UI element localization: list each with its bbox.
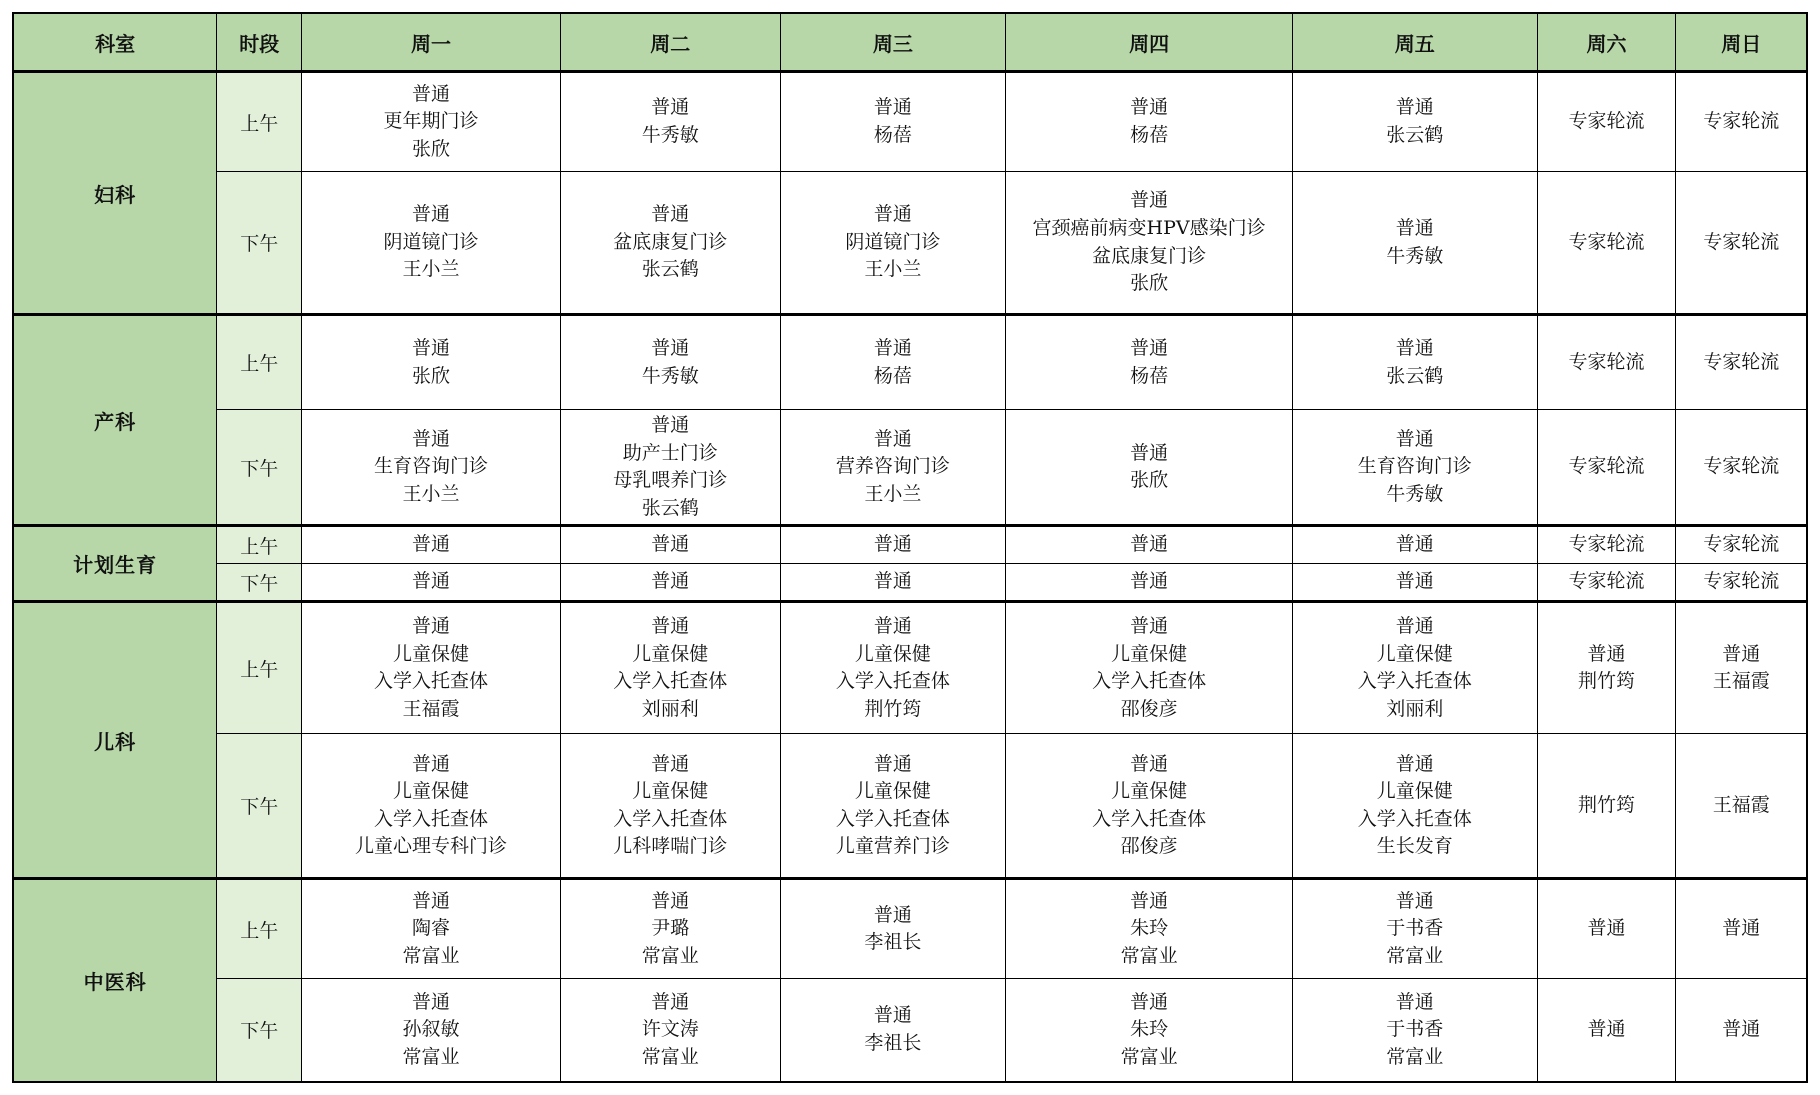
schedule-line: 专家轮流 [1680,531,1802,559]
schedule-line: 张云鹤 [565,495,776,523]
schedule-line: 荆竹筠 [785,696,1002,724]
schedule-line: 常富业 [306,1044,556,1072]
schedule-line: 常富业 [1297,943,1533,971]
schedule-line: 普通 [1297,335,1533,363]
schedule-cell: 普通于书香常富业 [1292,979,1537,1082]
schedule-row: 产科上午普通张欣普通牛秀敏普通杨蓓普通杨蓓普通张云鹤专家轮流专家轮流 [13,315,1807,410]
schedule-line: 普通 [1010,531,1288,559]
schedule-line: 普通 [565,531,776,559]
schedule-line: 普通 [306,989,556,1017]
schedule-cell: 普通于书香常富业 [1292,879,1537,979]
schedule-line: 普通 [1297,613,1533,641]
schedule-line: 王小兰 [785,256,1002,284]
schedule-cell: 专家轮流 [1537,564,1676,602]
schedule-cell: 普通儿童保健入学入托查体刘丽利 [1292,602,1537,734]
schedule-line: 荆竹筠 [1542,668,1672,696]
schedule-line: 普通 [785,613,1002,641]
schedule-line: 入学入托查体 [1010,668,1288,696]
schedule-line: 盆底康复门诊 [565,229,776,257]
schedule-line: 普通 [785,1002,1002,1030]
schedule-line: 孙叙敏 [306,1016,556,1044]
schedule-cell: 普通 [1006,526,1293,564]
schedule-cell: 专家轮流 [1676,72,1807,172]
schedule-line: 牛秀敏 [565,122,776,150]
schedule-line: 张云鹤 [1297,363,1533,391]
schedule-line: 普通 [1297,568,1533,596]
schedule-line: 阴道镜门诊 [306,229,556,257]
schedule-line: 普通 [565,751,776,779]
schedule-cell: 普通 [780,526,1006,564]
schedule-line: 入学入托查体 [565,806,776,834]
schedule-cell: 普通 [780,564,1006,602]
schedule-row: 下午普通普通普通普通普通专家轮流专家轮流 [13,564,1807,602]
schedule-cell: 王福霞 [1676,734,1807,879]
schedule-cell: 普通 [560,526,780,564]
schedule-line: 营养咨询门诊 [785,453,1002,481]
period-cell: 下午 [217,172,302,315]
schedule-line: 普通 [306,426,556,454]
col-header-thursday: 周四 [1006,13,1293,72]
schedule-line: 王小兰 [306,481,556,509]
schedule-line: 普通 [785,335,1002,363]
schedule-cell: 普通 [1537,879,1676,979]
schedule-row: 计划生育上午普通普通普通普通普通专家轮流专家轮流 [13,526,1807,564]
schedule-line: 普通 [306,568,556,596]
schedule-line: 专家轮流 [1680,349,1802,377]
schedule-line: 入学入托查体 [306,806,556,834]
schedule-line: 邵俊彦 [1010,696,1288,724]
schedule-cell: 普通宫颈癌前病变HPV感染门诊盆底康复门诊张欣 [1006,172,1293,315]
schedule-cell: 普通 [1676,879,1807,979]
schedule-cell: 普通 [1676,979,1807,1082]
schedule-line: 普通 [1297,426,1533,454]
schedule-line: 专家轮流 [1542,349,1672,377]
schedule-cell: 专家轮流 [1676,172,1807,315]
schedule-line: 普通 [1010,335,1288,363]
col-header-wednesday: 周三 [780,13,1006,72]
department-cell: 产科 [13,315,217,526]
schedule-cell: 普通儿童保健入学入托查体王福霞 [302,602,561,734]
schedule-cell: 普通儿童保健入学入托查体邵俊彦 [1006,734,1293,879]
schedule-line: 普通 [306,201,556,229]
schedule-cell: 普通许文涛常富业 [560,979,780,1082]
schedule-line: 朱玲 [1010,1016,1288,1044]
schedule-row: 下午普通孙叙敏常富业普通许文涛常富业普通李祖长普通朱玲常富业普通于书香常富业普通… [13,979,1807,1082]
schedule-cell: 普通荆竹筠 [1537,602,1676,734]
schedule-line: 入学入托查体 [1297,806,1533,834]
schedule-cell: 专家轮流 [1676,564,1807,602]
schedule-line: 儿童营养门诊 [785,833,1002,861]
schedule-line: 普通 [1010,94,1288,122]
period-cell: 上午 [217,526,302,564]
schedule-line: 常富业 [1010,943,1288,971]
col-header-department: 科室 [13,13,217,72]
schedule-line: 宫颈癌前病变HPV感染门诊 [1010,215,1288,243]
schedule-line: 生育咨询门诊 [1297,453,1533,481]
department-cell: 妇科 [13,72,217,315]
schedule-cell: 普通儿童保健入学入托查体刘丽利 [560,602,780,734]
schedule-line: 普通 [1297,751,1533,779]
col-header-friday: 周五 [1292,13,1537,72]
period-cell: 上午 [217,315,302,410]
schedule-row: 下午普通儿童保健入学入托查体儿童心理专科门诊普通儿童保健入学入托查体儿科哮喘门诊… [13,734,1807,879]
schedule-line: 王小兰 [785,481,1002,509]
schedule-line: 普通 [565,412,776,440]
schedule-line: 普通 [785,426,1002,454]
schedule-line: 普通 [565,989,776,1017]
schedule-line: 普通 [1680,915,1802,943]
schedule-cell: 专家轮流 [1537,72,1676,172]
schedule-line: 普通 [565,613,776,641]
schedule-row: 下午普通阴道镜门诊王小兰普通盆底康复门诊张云鹤普通阴道镜门诊王小兰普通宫颈癌前病… [13,172,1807,315]
col-header-tuesday: 周二 [560,13,780,72]
schedule-cell: 专家轮流 [1537,410,1676,526]
schedule-line: 牛秀敏 [1297,481,1533,509]
schedule-table: 科室时段周一周二周三周四周五周六周日 妇科上午普通更年期门诊张欣普通牛秀敏普通杨… [12,12,1808,1083]
col-header-period: 时段 [217,13,302,72]
schedule-row: 下午普通生育咨询门诊王小兰普通助产士门诊母乳喂养门诊张云鹤普通营养咨询门诊王小兰… [13,410,1807,526]
schedule-line: 张欣 [1010,467,1288,495]
schedule-line: 于书香 [1297,1016,1533,1044]
schedule-row: 妇科上午普通更年期门诊张欣普通牛秀敏普通杨蓓普通杨蓓普通张云鹤专家轮流专家轮流 [13,72,1807,172]
schedule-line: 于书香 [1297,915,1533,943]
schedule-line: 普通 [1297,94,1533,122]
schedule-cell: 普通朱玲常富业 [1006,979,1293,1082]
col-header-saturday: 周六 [1537,13,1676,72]
schedule-line: 入学入托查体 [785,668,1002,696]
schedule-cell: 普通张云鹤 [1292,315,1537,410]
schedule-line: 王福霞 [306,696,556,724]
schedule-line: 专家轮流 [1680,568,1802,596]
schedule-cell: 普通张欣 [1006,410,1293,526]
schedule-cell: 普通盆底康复门诊张云鹤 [560,172,780,315]
schedule-cell: 普通 [302,564,561,602]
schedule-line: 张云鹤 [1297,122,1533,150]
schedule-line: 普通 [1542,915,1672,943]
schedule-line: 阴道镜门诊 [785,229,1002,257]
schedule-line: 普通 [1010,187,1288,215]
schedule-cell: 普通儿童保健入学入托查体儿童营养门诊 [780,734,1006,879]
schedule-line: 母乳喂养门诊 [565,467,776,495]
schedule-line: 普通 [306,81,556,109]
schedule-line: 生育咨询门诊 [306,453,556,481]
schedule-line: 刘丽利 [1297,696,1533,724]
period-cell: 下午 [217,564,302,602]
schedule-line: 助产士门诊 [565,440,776,468]
schedule-line: 普通 [565,94,776,122]
schedule-line: 儿童保健 [306,641,556,669]
schedule-line: 张欣 [306,363,556,391]
schedule-line: 普通 [1010,888,1288,916]
schedule-cell: 普通生育咨询门诊牛秀敏 [1292,410,1537,526]
schedule-cell: 专家轮流 [1537,315,1676,410]
schedule-line: 儿童保健 [785,778,1002,806]
schedule-line: 普通 [565,888,776,916]
schedule-cell: 普通儿童保健入学入托查体邵俊彦 [1006,602,1293,734]
schedule-cell: 普通 [1006,564,1293,602]
schedule-cell: 普通 [1292,526,1537,564]
schedule-line: 王福霞 [1680,792,1802,820]
schedule-cell: 普通杨蓓 [1006,315,1293,410]
schedule-line: 张欣 [1010,270,1288,298]
schedule-line: 普通 [1680,1016,1802,1044]
schedule-line: 儿童保健 [306,778,556,806]
schedule-row: 儿科上午普通儿童保健入学入托查体王福霞普通儿童保健入学入托查体刘丽利普通儿童保健… [13,602,1807,734]
schedule-cell: 普通张欣 [302,315,561,410]
schedule-line: 儿科哮喘门诊 [565,833,776,861]
schedule-line: 许文涛 [565,1016,776,1044]
schedule-line: 普通 [1542,641,1672,669]
schedule-line: 牛秀敏 [565,363,776,391]
schedule-cell: 普通阴道镜门诊王小兰 [780,172,1006,315]
schedule-line: 刘丽利 [565,696,776,724]
schedule-line: 儿童保健 [785,641,1002,669]
schedule-line: 荆竹筠 [1542,792,1672,820]
schedule-line: 入学入托查体 [565,668,776,696]
department-cell: 中医科 [13,879,217,1082]
period-cell: 下午 [217,979,302,1082]
schedule-line: 普通 [1297,215,1533,243]
schedule-line: 盆底康复门诊 [1010,243,1288,271]
schedule-cell: 普通杨蓓 [1006,72,1293,172]
col-header-sunday: 周日 [1676,13,1807,72]
schedule-line: 张欣 [306,136,556,164]
schedule-cell: 普通牛秀敏 [560,72,780,172]
schedule-line: 李祖长 [785,1030,1002,1058]
schedule-cell: 普通儿童保健入学入托查体荆竹筠 [780,602,1006,734]
schedule-cell: 普通牛秀敏 [1292,172,1537,315]
schedule-line: 普通 [1297,888,1533,916]
schedule-cell: 专家轮流 [1676,410,1807,526]
schedule-cell: 普通牛秀敏 [560,315,780,410]
schedule-line: 普通 [785,201,1002,229]
schedule-line: 常富业 [306,943,556,971]
schedule-cell: 普通儿童保健入学入托查体儿科哮喘门诊 [560,734,780,879]
schedule-line: 尹璐 [565,915,776,943]
department-cell: 儿科 [13,602,217,879]
schedule-line: 普通 [306,751,556,779]
header-row: 科室时段周一周二周三周四周五周六周日 [13,13,1807,72]
schedule-line: 入学入托查体 [1297,668,1533,696]
period-cell: 上午 [217,879,302,979]
schedule-line: 杨蓓 [1010,363,1288,391]
schedule-line: 普通 [565,201,776,229]
schedule-cell: 普通儿童保健入学入托查体生长发育 [1292,734,1537,879]
period-cell: 下午 [217,410,302,526]
schedule-line: 普通 [306,888,556,916]
schedule-line: 普通 [785,751,1002,779]
schedule-line: 普通 [306,335,556,363]
schedule-cell: 普通 [560,564,780,602]
schedule-line: 专家轮流 [1542,453,1672,481]
schedule-line: 杨蓓 [1010,122,1288,150]
schedule-line: 专家轮流 [1542,531,1672,559]
schedule-line: 杨蓓 [785,363,1002,391]
schedule-line: 常富业 [565,943,776,971]
schedule-cell: 普通 [1292,564,1537,602]
schedule-line: 普通 [1297,531,1533,559]
schedule-line: 普通 [1010,613,1288,641]
schedule-line: 专家轮流 [1680,229,1802,257]
schedule-cell: 普通助产士门诊母乳喂养门诊张云鹤 [560,410,780,526]
schedule-line: 儿童保健 [1010,778,1288,806]
schedule-line: 入学入托查体 [306,668,556,696]
schedule-line: 普通 [1542,1016,1672,1044]
schedule-cell: 普通尹璐常富业 [560,879,780,979]
schedule-cell: 普通杨蓓 [780,72,1006,172]
schedule-line: 专家轮流 [1680,453,1802,481]
schedule-line: 朱玲 [1010,915,1288,943]
schedule-cell: 普通陶睿常富业 [302,879,561,979]
schedule-line: 儿童保健 [565,778,776,806]
schedule-cell: 专家轮流 [1537,172,1676,315]
period-cell: 上午 [217,72,302,172]
schedule-cell: 普通更年期门诊张欣 [302,72,561,172]
schedule-line: 更年期门诊 [306,108,556,136]
schedule-line: 普通 [1010,440,1288,468]
schedule-line: 普通 [785,902,1002,930]
schedule-line: 儿童保健 [1297,778,1533,806]
schedule-line: 陶睿 [306,915,556,943]
schedule-line: 普通 [306,531,556,559]
schedule-body: 妇科上午普通更年期门诊张欣普通牛秀敏普通杨蓓普通杨蓓普通张云鹤专家轮流专家轮流下… [13,72,1807,1082]
schedule-cell: 专家轮流 [1676,315,1807,410]
schedule-cell: 普通朱玲常富业 [1006,879,1293,979]
schedule-line: 专家轮流 [1680,108,1802,136]
schedule-line: 普通 [1297,989,1533,1017]
schedule-line: 儿童心理专科门诊 [306,833,556,861]
schedule-line: 专家轮流 [1542,229,1672,257]
schedule-line: 生长发育 [1297,833,1533,861]
schedule-cell: 普通阴道镜门诊王小兰 [302,172,561,315]
col-header-monday: 周一 [302,13,561,72]
period-cell: 下午 [217,734,302,879]
schedule-line: 张云鹤 [565,256,776,284]
schedule-line: 入学入托查体 [785,806,1002,834]
schedule-line: 常富业 [565,1044,776,1072]
schedule-line: 王小兰 [306,256,556,284]
schedule-line: 邵俊彦 [1010,833,1288,861]
schedule-row: 中医科上午普通陶睿常富业普通尹璐常富业普通李祖长普通朱玲常富业普通于书香常富业普… [13,879,1807,979]
schedule-line: 王福霞 [1680,668,1802,696]
schedule-line: 普通 [306,613,556,641]
schedule-line: 普通 [785,568,1002,596]
schedule-line: 常富业 [1010,1044,1288,1072]
schedule-line: 儿童保健 [1010,641,1288,669]
schedule-line: 常富业 [1297,1044,1533,1072]
schedule-line: 杨蓓 [785,122,1002,150]
schedule-line: 普通 [565,335,776,363]
schedule-cell: 普通孙叙敏常富业 [302,979,561,1082]
schedule-cell: 荆竹筠 [1537,734,1676,879]
period-cell: 上午 [217,602,302,734]
schedule-line: 普通 [785,94,1002,122]
schedule-cell: 普通儿童保健入学入托查体儿童心理专科门诊 [302,734,561,879]
schedule-cell: 普通王福霞 [1676,602,1807,734]
schedule-line: 普通 [1010,751,1288,779]
schedule-line: 儿童保健 [565,641,776,669]
schedule-cell: 普通 [302,526,561,564]
schedule-line: 专家轮流 [1542,568,1672,596]
schedule-line: 普通 [1010,989,1288,1017]
schedule-cell: 普通 [1537,979,1676,1082]
schedule-line: 普通 [565,568,776,596]
schedule-cell: 普通营养咨询门诊王小兰 [780,410,1006,526]
schedule-line: 牛秀敏 [1297,243,1533,271]
schedule-cell: 普通李祖长 [780,879,1006,979]
schedule-line: 儿童保健 [1297,641,1533,669]
department-cell: 计划生育 [13,526,217,602]
schedule-line: 普通 [785,531,1002,559]
schedule-line: 普通 [1010,568,1288,596]
schedule-cell: 专家轮流 [1676,526,1807,564]
schedule-cell: 普通张云鹤 [1292,72,1537,172]
schedule-cell: 专家轮流 [1537,526,1676,564]
schedule-line: 普通 [1680,641,1802,669]
schedule-line: 专家轮流 [1542,108,1672,136]
schedule-cell: 普通生育咨询门诊王小兰 [302,410,561,526]
schedule-line: 入学入托查体 [1010,806,1288,834]
schedule-line: 李祖长 [785,929,1002,957]
schedule-cell: 普通李祖长 [780,979,1006,1082]
schedule-cell: 普通杨蓓 [780,315,1006,410]
